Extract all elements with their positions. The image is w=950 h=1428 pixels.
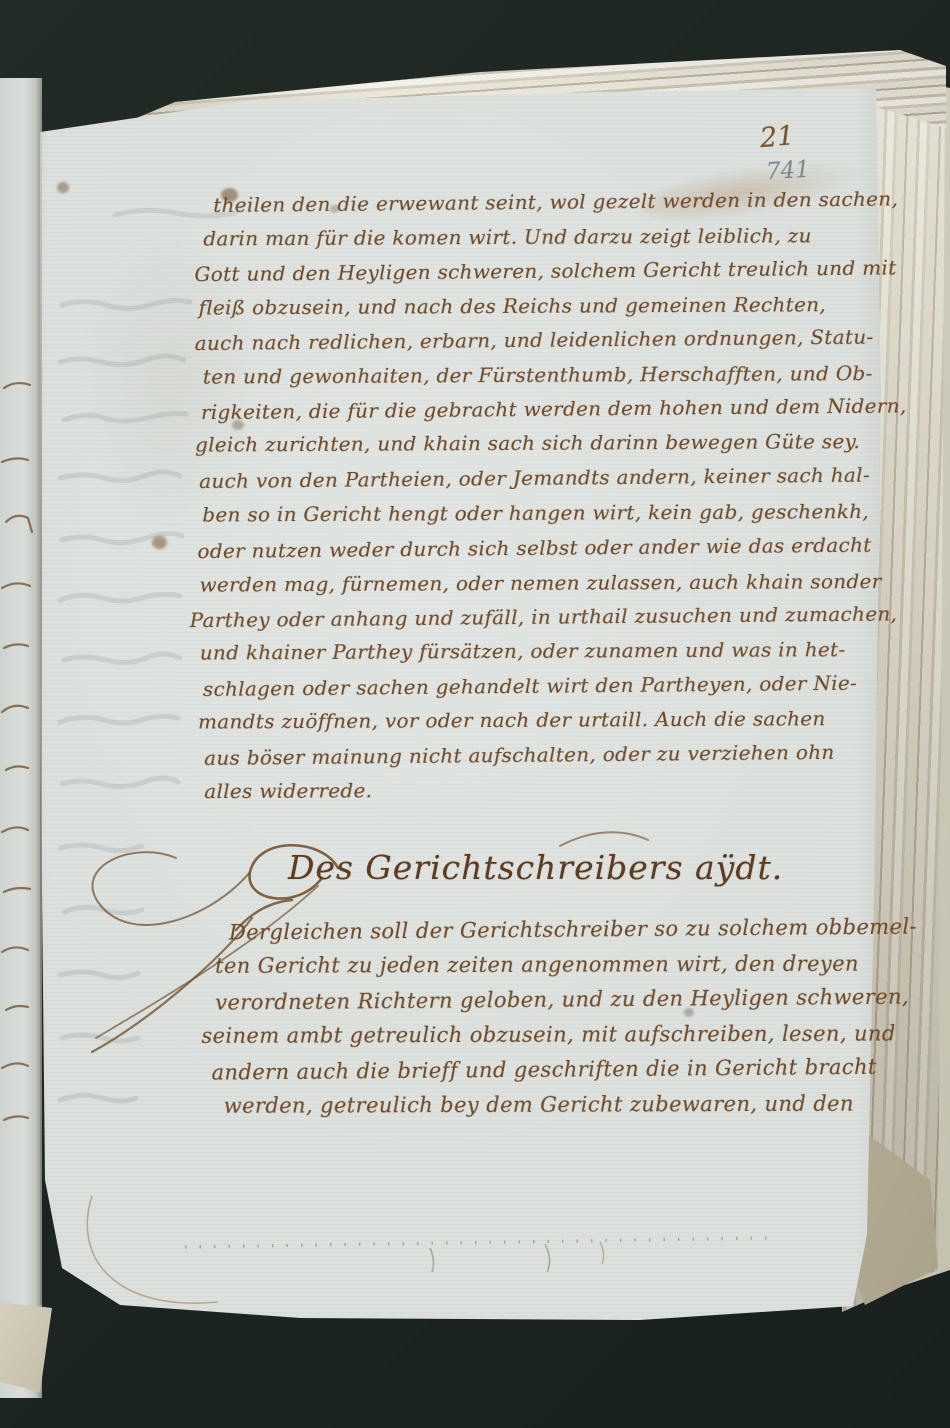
text-line: verordneten Richtern geloben, und zu den… [215, 987, 909, 1014]
text-line: werden, getreulich bey dem Gericht zubew… [224, 1094, 854, 1117]
scribe-oath-paragraph: Dergleichen soll der Gerichtschreiber so… [0, 0, 950, 1428]
manuscript-photo: 21 741 theilen den die erwewant seint, w… [0, 0, 950, 1428]
text-line: Dergleichen soll der Gerichtschreiber so… [229, 917, 917, 944]
text-line: ten Gericht zu jeden zeiten angenommen w… [215, 954, 859, 977]
text-line: andern auch die brieff und geschriften d… [211, 1057, 876, 1084]
text-line: seinem ambt getreulich obzusein, mit auf… [201, 1023, 895, 1046]
